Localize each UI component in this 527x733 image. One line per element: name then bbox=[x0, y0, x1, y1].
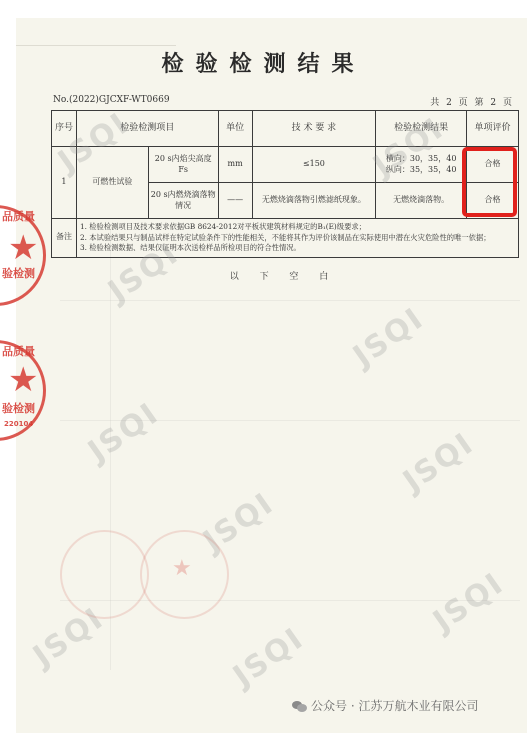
header-unit: 单位 bbox=[218, 111, 252, 147]
seal-text: 品质量 bbox=[2, 208, 35, 224]
seal-text: 验检测 bbox=[2, 265, 35, 281]
faint-star-icon: ★ bbox=[172, 556, 192, 581]
item-name: 20 s内焰尖高度Fs bbox=[148, 147, 218, 183]
item-requirement: 无燃烧滴落物引燃滤纸现象。 bbox=[252, 183, 376, 219]
item-unit: —— bbox=[218, 183, 252, 219]
highlight-box bbox=[462, 147, 517, 217]
seal-text: 验检测 bbox=[2, 400, 35, 416]
faint-seal bbox=[60, 530, 149, 619]
seal-text: 品质量 bbox=[2, 343, 35, 359]
notes-row: 备注 1. 检验检测项目及技术要求依据GB 8624-2012对平板状建筑材料规… bbox=[52, 219, 519, 258]
item-result: 无燃烧滴落物。 bbox=[376, 183, 467, 219]
end-marker: 以 下 空 白 bbox=[0, 269, 527, 282]
footer-attribution: 公众号 · 江苏万航木业有限公司 bbox=[292, 697, 478, 714]
note-2: 2. 本试验结果只与制品试样在特定试验条件下的性能相关，不能将其作为评价该制品在… bbox=[80, 233, 515, 244]
seal-date: 220104 bbox=[4, 420, 33, 428]
report-number: No.(2022)GJCXF-WT0669 bbox=[53, 95, 170, 105]
page-title: 检验检测结果 bbox=[0, 47, 527, 78]
header-requirement: 技 术 要 求 bbox=[252, 111, 376, 147]
seal-star-icon: ★ bbox=[8, 228, 38, 268]
notes-label: 备注 bbox=[52, 219, 77, 258]
header-evaluation: 单项评价 bbox=[467, 111, 519, 147]
item-name: 20 s内燃烧滴落物情况 bbox=[148, 183, 218, 219]
item-requirement: ≤150 bbox=[252, 147, 376, 183]
faint-rule bbox=[16, 45, 176, 46]
wechat-icon bbox=[292, 700, 307, 712]
note-1: 1. 检验检测项目及技术要求依据GB 8624-2012对平板状建筑材料规定的B… bbox=[80, 222, 515, 233]
table-row: 1 可燃性试验 20 s内焰尖高度Fs mm ≤150 横向：30，35，40 … bbox=[52, 147, 519, 183]
seal-star-icon: ★ bbox=[8, 360, 38, 400]
footer-text: 公众号 · 江苏万航木业有限公司 bbox=[311, 697, 478, 714]
page-info: 共 2 页 第 2 页 bbox=[430, 95, 514, 108]
item-unit: mm bbox=[218, 147, 252, 183]
